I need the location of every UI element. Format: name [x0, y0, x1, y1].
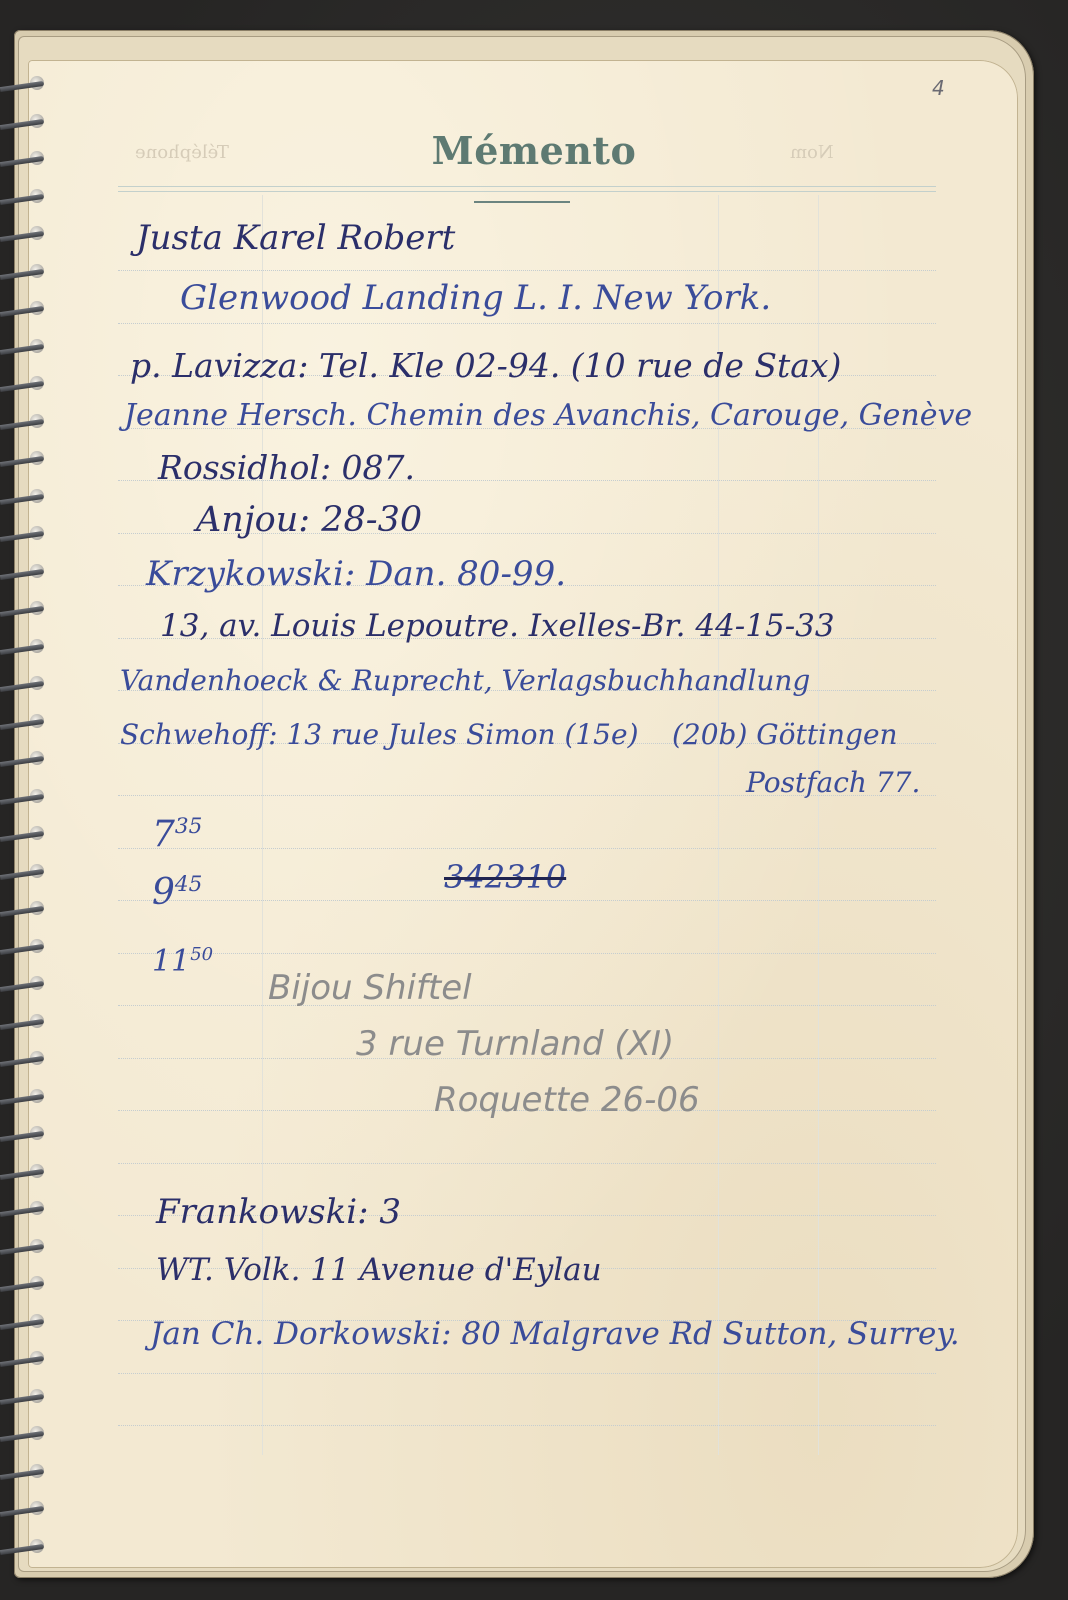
entry-phone: p. Lavizza: Tel. Kle 02-94. (10 rue de S… — [130, 346, 841, 385]
spiral-coil — [0, 493, 48, 507]
spiral-coil — [0, 905, 48, 919]
spiral-coil — [0, 1130, 48, 1144]
time-entry: 945 — [152, 872, 202, 913]
spiral-coil — [0, 418, 48, 432]
spiral-coil — [0, 1093, 48, 1107]
ruled-line — [118, 323, 936, 324]
spiral-coil — [0, 1205, 48, 1219]
spiral-coil — [0, 1018, 48, 1032]
entry-address: Schwehoff: 13 rue Jules Simon (15e) — [120, 718, 639, 751]
spiral-coil — [0, 1393, 48, 1407]
ruled-line — [118, 1373, 936, 1374]
ruled-line — [118, 1163, 936, 1164]
spiral-coil — [0, 1243, 48, 1257]
spiral-coil — [0, 643, 48, 657]
spiral-coil — [0, 380, 48, 394]
crossed-out-number: 342310 — [444, 858, 566, 896]
spiral-coil — [0, 268, 48, 282]
spiral-coil — [0, 1468, 48, 1482]
spiral-coil — [0, 830, 48, 844]
spiral-coil — [0, 1430, 48, 1444]
spiral-coil — [0, 80, 48, 94]
pencil-note-name: Bijou Shiftel — [268, 968, 472, 1008]
spiral-coil — [0, 568, 48, 582]
ruled-line — [118, 1005, 936, 1006]
entry-address: Glenwood Landing L. I. New York. — [180, 278, 771, 318]
spiral-coil — [0, 980, 48, 994]
spiral-coil — [0, 230, 48, 244]
pencil-note-address: 3 rue Turnland (XI) — [356, 1024, 674, 1064]
spiral-coil — [0, 305, 48, 319]
time-entry: 735 — [152, 814, 202, 855]
spiral-coil — [0, 1168, 48, 1182]
spiral-coil — [0, 455, 48, 469]
ruled-line — [118, 900, 936, 901]
ruled-line — [118, 953, 936, 954]
entry-publisher: Vandenhoeck & Ruprecht, Verlagsbuchhandl… — [120, 664, 810, 697]
spiral-coil — [0, 755, 48, 769]
entry-phone: Frankowski: 3 — [156, 1192, 401, 1232]
spiral-coil — [0, 193, 48, 207]
entry-address: WT. Volk. 11 Avenue d'Eylau — [156, 1252, 602, 1288]
heading-underline — [474, 201, 570, 203]
entry-name: Justa Karel Robert — [136, 218, 455, 258]
ruled-line — [118, 848, 936, 849]
spiral-coil — [0, 718, 48, 732]
spiral-coil — [0, 868, 48, 882]
spiral-coil — [0, 605, 48, 619]
entry-city: (20b) Göttingen — [672, 718, 898, 751]
spiral-binding — [0, 60, 60, 1570]
spiral-coil — [0, 943, 48, 957]
spiral-coil — [0, 1280, 48, 1294]
entry-phone: Rossidhol: 087. — [158, 448, 415, 487]
page-number: 4 — [932, 76, 945, 100]
spiral-coil — [0, 1318, 48, 1332]
ruled-line — [118, 1425, 936, 1426]
spiral-coil — [0, 343, 48, 357]
page-title: Mémento — [0, 128, 1068, 173]
entry-address: Jeanne Hersch. Chemin des Avanchis, Caro… — [124, 398, 972, 433]
spiral-coil — [0, 1543, 48, 1557]
pencil-note-phone: Roquette 26-06 — [434, 1080, 700, 1120]
spiral-coil — [0, 530, 48, 544]
entry-phone: Krzykowski: Dan. 80-99. — [146, 554, 566, 594]
spiral-coil — [0, 1055, 48, 1069]
entry-postbox: Postfach 77. — [746, 766, 920, 799]
ruled-line — [118, 270, 936, 271]
spiral-coil — [0, 680, 48, 694]
spiral-coil — [0, 1355, 48, 1369]
entry-phone: Anjou: 28-30 — [196, 500, 422, 540]
spiral-coil — [0, 793, 48, 807]
entry-address: 13, av. Louis Lepoutre. Ixelles-Br. 44-1… — [160, 608, 835, 644]
entry-address: Jan Ch. Dorkowski: 80 Malgrave Rd Sutton… — [150, 1316, 960, 1352]
time-entry: 1150 — [152, 944, 213, 979]
header-rule — [118, 186, 936, 192]
spiral-coil — [0, 1505, 48, 1519]
